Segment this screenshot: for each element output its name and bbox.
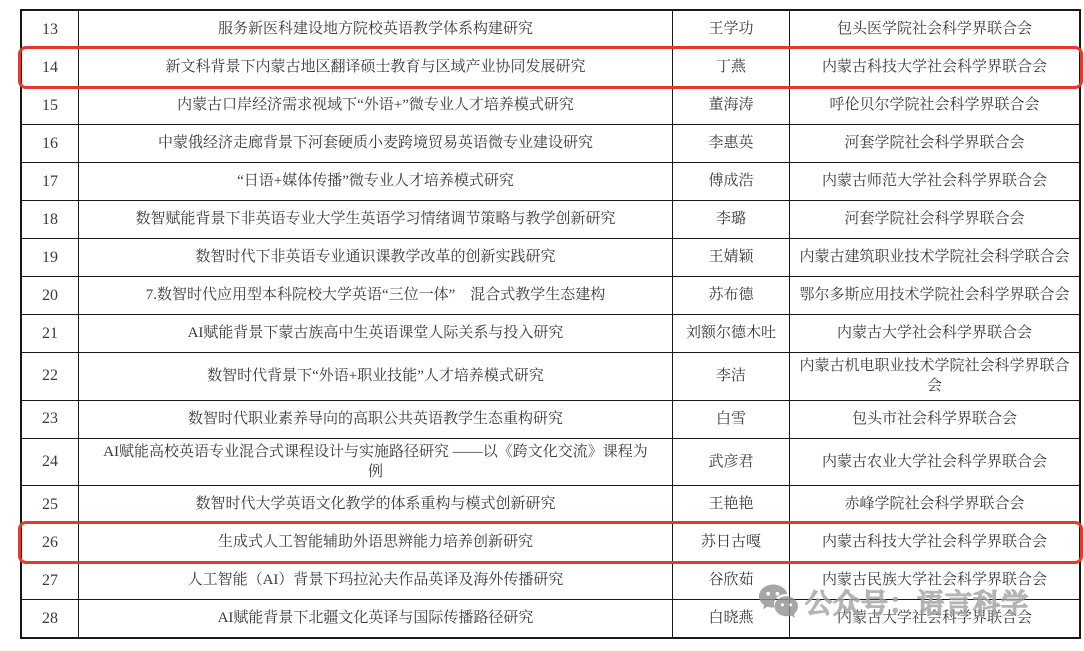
- recommending-org: 河套学院社会科学界联合会: [790, 125, 1079, 162]
- researcher-name: 刘额尔德木吐: [673, 315, 790, 352]
- row-number: 21: [22, 315, 79, 352]
- row-number: 15: [22, 87, 79, 124]
- recommending-org: 内蒙古科技大学社会科学界联合会: [790, 524, 1079, 561]
- row-number: 17: [22, 163, 79, 200]
- project-title: 人工智能（AI）背景下玛拉沁夫作品英译及海外传播研究: [79, 562, 673, 599]
- researcher-name: 李璐: [673, 201, 790, 238]
- watermark: 公众号：语言科学: [758, 582, 1029, 621]
- table-row: 13 服务新医科建设地方院校英语教学体系构建研究 王学功 包头医学院社会科学界联…: [22, 11, 1079, 49]
- recommending-org: 呼伦贝尔学院社会科学界联合会: [790, 87, 1079, 124]
- recommending-org: 鄂尔多斯应用技术学院社会科学界联合会: [790, 277, 1079, 314]
- table-row: 20 7.数智时代应用型本科院校大学英语“三位一体” 混合式教学生态建构 苏布德…: [22, 277, 1079, 315]
- table-row: 25 数智时代大学英语文化教学的体系重构与模式创新研究 王艳艳 赤峰学院社会科学…: [22, 486, 1079, 524]
- researcher-name: 王艳艳: [673, 486, 790, 523]
- wechat-icon: [758, 583, 800, 620]
- project-title: 中蒙俄经济走廊背景下河套硬质小麦跨境贸易英语微专业建设研究: [79, 125, 673, 162]
- project-title: 数智时代下非英语专业通识课教学改革的创新实践研究: [79, 239, 673, 276]
- project-title: “日语+媒体传播”微专业人才培养模式研究: [79, 163, 673, 200]
- project-title: AI赋能高校英语专业混合式课程设计与实施路径研究 ——以《跨文化交流》课程为例: [79, 439, 673, 486]
- table-body: 13 服务新医科建设地方院校英语教学体系构建研究 王学功 包头医学院社会科学界联…: [22, 11, 1079, 637]
- researcher-name: 李洁: [673, 353, 790, 400]
- researcher-name: 苏日古嘎: [673, 524, 790, 561]
- row-number: 23: [22, 401, 79, 438]
- recommending-org: 内蒙古农业大学社会科学界联合会: [790, 439, 1079, 486]
- row-number: 27: [22, 562, 79, 599]
- researcher-name: 武彦君: [673, 439, 790, 486]
- project-title: AI赋能背景下蒙古族高中生英语课堂人际关系与投入研究: [79, 315, 673, 352]
- row-number: 13: [22, 11, 79, 48]
- recommending-org: 内蒙古师范大学社会科学界联合会: [790, 163, 1079, 200]
- row-number: 14: [22, 49, 79, 86]
- recommending-org: 包头医学院社会科学界联合会: [790, 11, 1079, 48]
- recommending-org: 内蒙古机电职业技术学院社会科学界联合会: [790, 353, 1079, 400]
- table-row: 15 内蒙古口岸经济需求视域下“外语+”微专业人才培养模式研究 董海涛 呼伦贝尔…: [22, 87, 1079, 125]
- researcher-name: 苏布德: [673, 277, 790, 314]
- project-title: 服务新医科建设地方院校英语教学体系构建研究: [79, 11, 673, 48]
- row-number: 24: [22, 439, 79, 486]
- researcher-name: 丁燕: [673, 49, 790, 86]
- row-number: 20: [22, 277, 79, 314]
- row-number: 18: [22, 201, 79, 238]
- project-title: 生成式人工智能辅助外语思辨能力培养创新研究: [79, 524, 673, 561]
- watermark-text: 公众号：语言科学: [805, 582, 1029, 621]
- project-title: 数智赋能背景下非英语专业大学生英语学习情绪调节策略与教学创新研究: [79, 201, 673, 238]
- project-title: 7.数智时代应用型本科院校大学英语“三位一体” 混合式教学生态建构: [79, 277, 673, 314]
- row-number: 19: [22, 239, 79, 276]
- table-row: 19 数智时代下非英语专业通识课教学改革的创新实践研究 王婧颖 内蒙古建筑职业技…: [22, 239, 1079, 277]
- table-row: 14 新文科背景下内蒙古地区翻译硕士教育与区域产业协同发展研究 丁燕 内蒙古科技…: [22, 49, 1079, 87]
- table-row: 26 生成式人工智能辅助外语思辨能力培养创新研究 苏日古嘎 内蒙古科技大学社会科…: [22, 524, 1079, 562]
- table-row: 17 “日语+媒体传播”微专业人才培养模式研究 傅成浩 内蒙古师范大学社会科学界…: [22, 163, 1079, 201]
- researcher-name: 王学功: [673, 11, 790, 48]
- researcher-name: 董海涛: [673, 87, 790, 124]
- project-title: 数智时代职业素养导向的高职公共英语教学生态重构研究: [79, 401, 673, 438]
- table-row: 23 数智时代职业素养导向的高职公共英语教学生态重构研究 白雪 包头市社会科学界…: [22, 401, 1079, 439]
- table-row: 21 AI赋能背景下蒙古族高中生英语课堂人际关系与投入研究 刘额尔德木吐 内蒙古…: [22, 315, 1079, 353]
- researcher-name: 傅成浩: [673, 163, 790, 200]
- recommending-org: 内蒙古科技大学社会科学界联合会: [790, 49, 1079, 86]
- table-row: 22 数智时代背景下“外语+职业技能”人才培养模式研究 李洁 内蒙古机电职业技术…: [22, 353, 1079, 401]
- project-title: AI赋能背景下北疆文化英译与国际传播路径研究: [79, 600, 673, 637]
- recommending-org: 赤峰学院社会科学界联合会: [790, 486, 1079, 523]
- recommending-org: 内蒙古大学社会科学界联合会: [790, 315, 1079, 352]
- row-number: 25: [22, 486, 79, 523]
- row-number: 16: [22, 125, 79, 162]
- table-row: 16 中蒙俄经济走廊背景下河套硬质小麦跨境贸易英语微专业建设研究 李惠英 河套学…: [22, 125, 1079, 163]
- research-projects-table: 13 服务新医科建设地方院校英语教学体系构建研究 王学功 包头医学院社会科学界联…: [20, 9, 1081, 639]
- researcher-name: 王婧颖: [673, 239, 790, 276]
- project-title: 数智时代背景下“外语+职业技能”人才培养模式研究: [79, 353, 673, 400]
- row-number: 26: [22, 524, 79, 561]
- table-row: 24 AI赋能高校英语专业混合式课程设计与实施路径研究 ——以《跨文化交流》课程…: [22, 439, 1079, 487]
- recommending-org: 河套学院社会科学界联合会: [790, 201, 1079, 238]
- project-title: 新文科背景下内蒙古地区翻译硕士教育与区域产业协同发展研究: [79, 49, 673, 86]
- recommending-org: 包头市社会科学界联合会: [790, 401, 1079, 438]
- recommending-org: 内蒙古建筑职业技术学院社会科学联合会: [790, 239, 1079, 276]
- row-number: 22: [22, 353, 79, 400]
- project-title: 内蒙古口岸经济需求视域下“外语+”微专业人才培养模式研究: [79, 87, 673, 124]
- project-title: 数智时代大学英语文化教学的体系重构与模式创新研究: [79, 486, 673, 523]
- row-number: 28: [22, 600, 79, 637]
- table-row: 18 数智赋能背景下非英语专业大学生英语学习情绪调节策略与教学创新研究 李璐 河…: [22, 201, 1079, 239]
- researcher-name: 白雪: [673, 401, 790, 438]
- researcher-name: 李惠英: [673, 125, 790, 162]
